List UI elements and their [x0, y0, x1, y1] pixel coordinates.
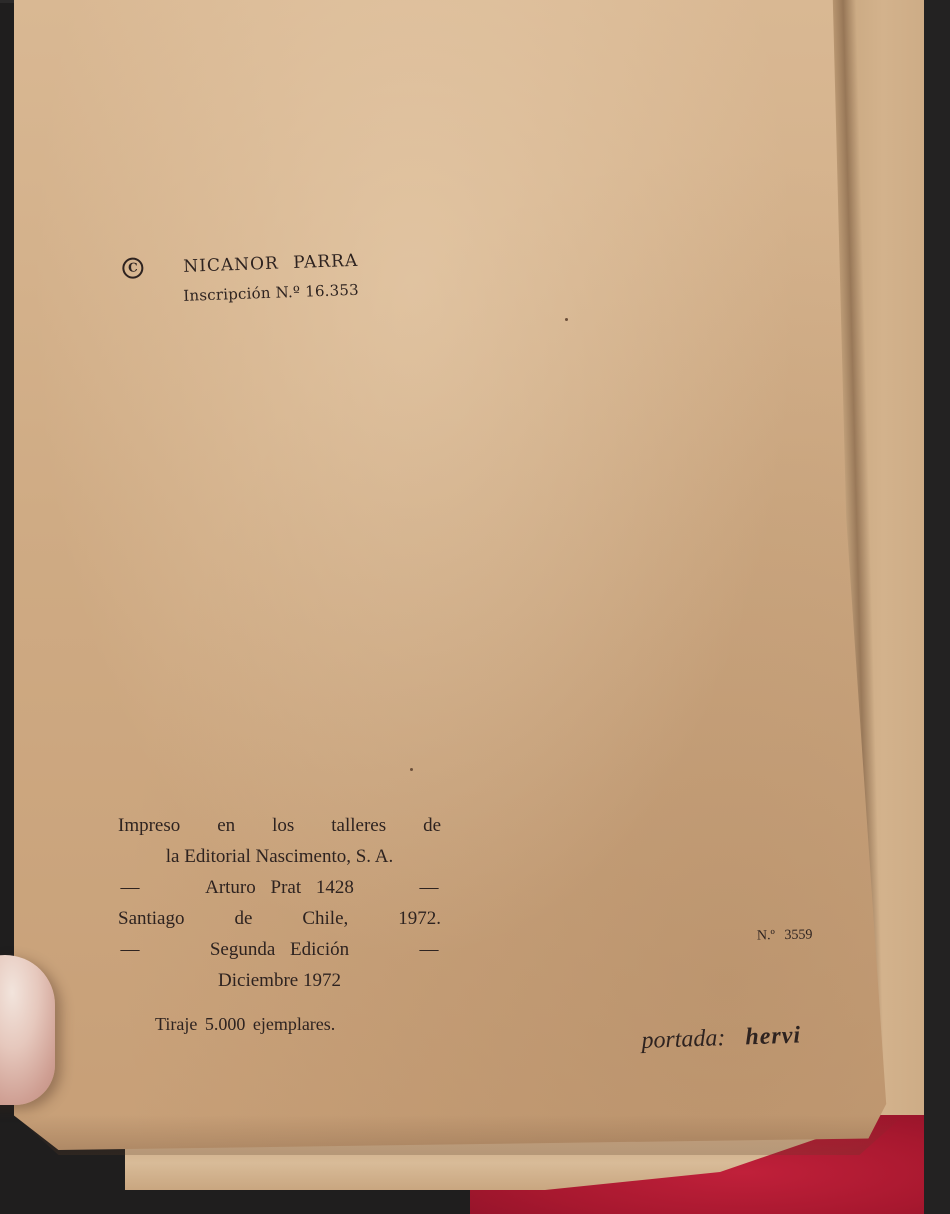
copy-number: N.º 3559: [757, 928, 813, 945]
cover-credit: portada: hervi: [641, 1022, 802, 1055]
imprint-line: — Arturo Prat 1428 —: [118, 872, 441, 903]
imprint-line: Impreso en los talleres de: [118, 810, 441, 841]
paper-speck: [565, 318, 568, 321]
imprint-line: Diciembre 1972: [118, 965, 441, 996]
cover-artist: hervi: [745, 1022, 802, 1050]
print-run: Tiraje 5.000 ejemplares.: [155, 1014, 335, 1035]
imprint-line: la Editorial Nascimento, S. A.: [118, 841, 441, 872]
printer-imprint: Impreso en los talleres de la Editorial …: [118, 810, 441, 996]
photo-scene: C NICANOR PARRA Inscripción N.º 16.353 I…: [0, 0, 950, 1214]
thumb-holding-page: [0, 955, 55, 1105]
imprint-line: — Segunda Edición —: [118, 934, 441, 965]
right-edge: [924, 0, 950, 1214]
copyright-notice: C NICANOR PARRA Inscripción N.º 16.353: [122, 250, 359, 307]
page-bottom-shadow: [14, 1115, 904, 1155]
imprint-line: Santiago de Chile, 1972.: [118, 903, 441, 934]
copyright-icon: C: [122, 257, 144, 279]
copyright-holder: NICANOR PARRA: [183, 250, 359, 276]
paper-speck: [410, 768, 413, 771]
cover-credit-label: portada:: [641, 1025, 726, 1054]
